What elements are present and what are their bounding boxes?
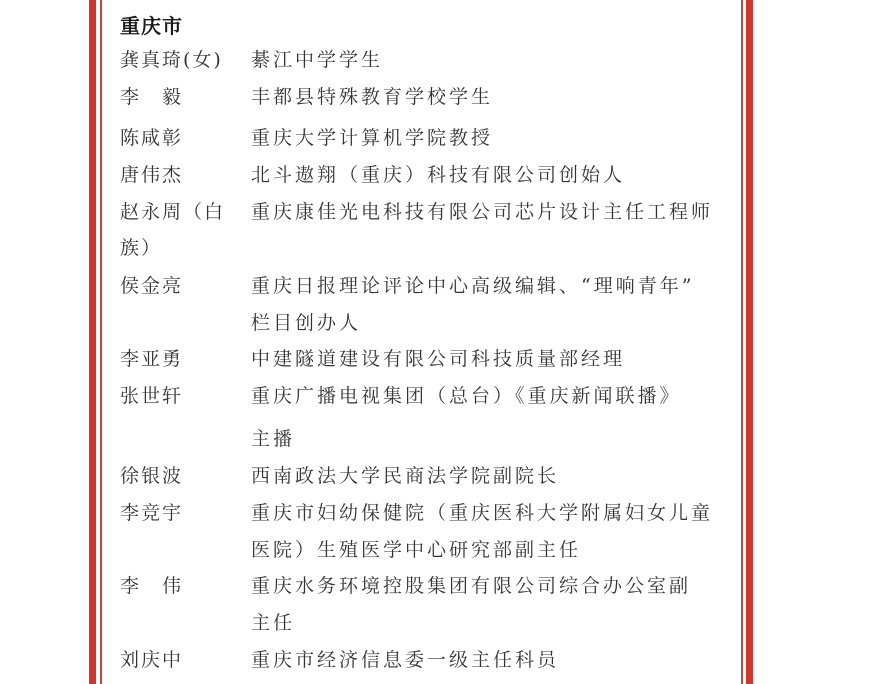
person-name: 张世轩 (120, 378, 250, 414)
person-name: 唐伟杰 (120, 157, 250, 193)
person-name: 徐银波 (120, 458, 250, 494)
person-name: 李 毅 (120, 79, 250, 115)
person-name: 李竞宇 (120, 495, 250, 531)
border-left-thick (89, 0, 96, 684)
person-title: 重庆水务环境控股集团有限公司综合办公室副 主任 (251, 568, 731, 642)
person-name: 李亚勇 (120, 341, 250, 377)
person-name: 李 伟 (120, 568, 250, 604)
person-name: 赵永周（白 族） (120, 194, 250, 266)
person-title: 中建隧道建设有限公司科技质量部经理 (251, 341, 731, 378)
border-left-thin (100, 0, 102, 684)
section-title: 重庆市 (120, 10, 183, 39)
person-title: 丰都县特殊教育学校学生 (251, 79, 731, 116)
person-title: 綦江中学学生 (251, 42, 731, 79)
person-name: 侯金亮 (120, 268, 250, 304)
person-title: 北斗遨翔（重庆）科技有限公司创始人 (251, 157, 731, 194)
person-name: 龚真琦(女) (120, 42, 250, 78)
person-name: 陈咸彰 (120, 120, 250, 156)
person-name: 刘庆中 (120, 642, 250, 678)
person-title: 重庆日报理论评论中心高级编辑、“理响青年” 栏目创办人 (251, 268, 731, 342)
border-right-thick (746, 0, 753, 684)
person-title: 重庆市妇幼保健院（重庆医科大学附属妇女儿童 医院）生殖医学中心研究部副主任 (251, 495, 731, 569)
person-title: 重庆大学计算机学院教授 (251, 120, 731, 157)
person-title: 重庆康佳光电科技有限公司芯片设计主任工程师 (251, 194, 731, 231)
person-title: 重庆广播电视集团（总台）《重庆新闻联播》 主播 (251, 378, 731, 458)
border-right-thin (741, 0, 743, 684)
person-title: 西南政法大学民商法学院副院长 (251, 458, 731, 495)
person-title: 重庆市经济信息委一级主任科员 (251, 642, 731, 679)
